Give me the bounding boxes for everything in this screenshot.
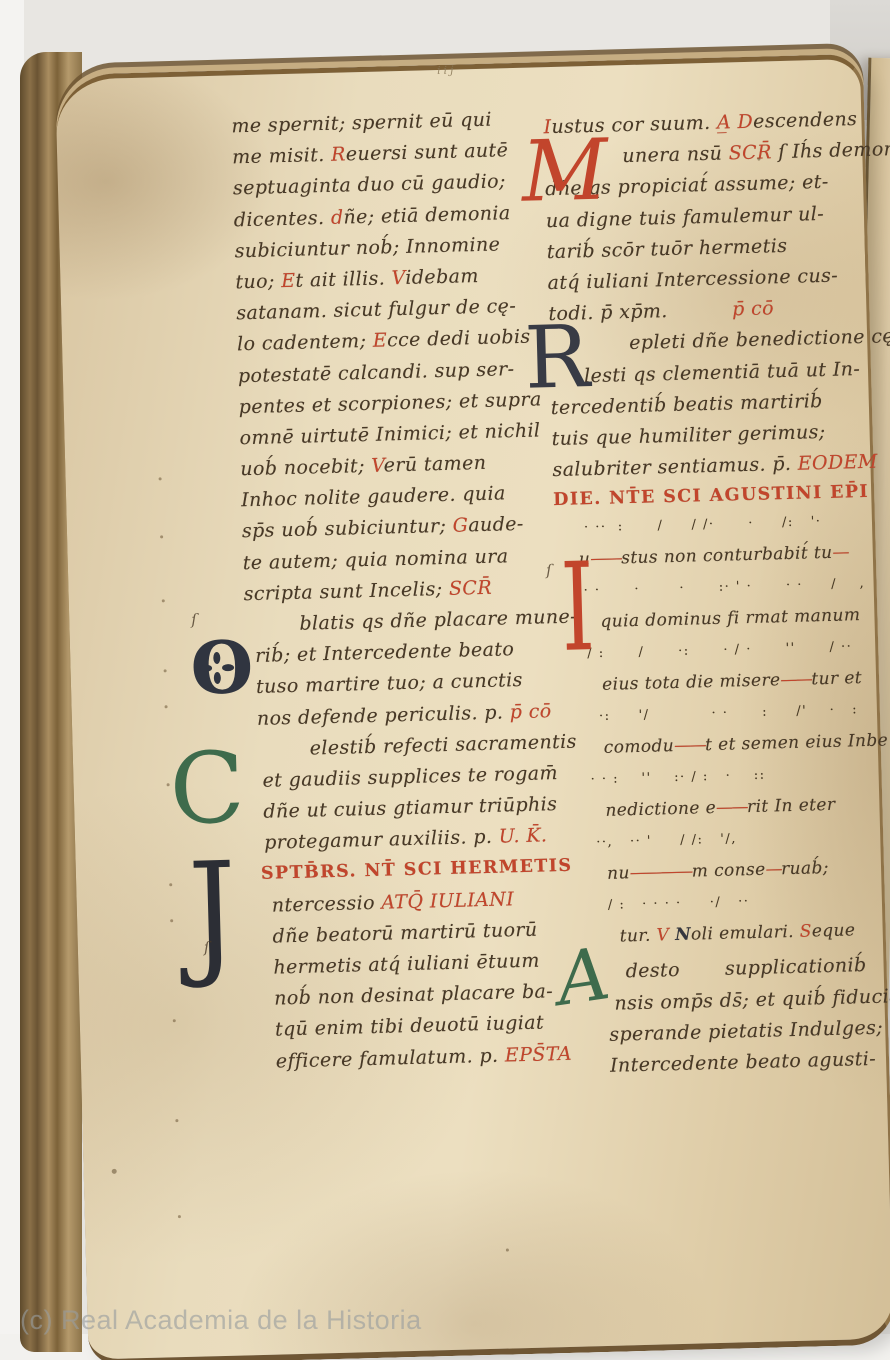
text-segment: p̄ cō (732, 297, 774, 320)
text-segment: ñe; etiā demonia (343, 202, 511, 228)
text-segment: t et semen eius Inbe (705, 731, 888, 756)
pricking-hole (162, 599, 165, 602)
text-segment: —— (590, 549, 622, 570)
left-text-column: me spernit; spernit eū quime misit. Reue… (231, 107, 568, 1082)
manuscript-photo: iij me spernit; spernit eū quime misit. … (0, 0, 890, 1360)
text-segment: desto supplicationib́ (625, 955, 866, 983)
text-segment: me misit. (232, 144, 331, 169)
neume-glyphs: ··, ·· ' / /: '/, (596, 832, 737, 851)
pricking-hole (178, 1215, 181, 1218)
drop-cap-i-tall: J (187, 844, 238, 981)
text-segment: ntercessio (272, 891, 382, 916)
quatrefoil-ornament (204, 656, 231, 683)
text-segment: V (371, 455, 384, 477)
text-segment: nedictione e (605, 798, 716, 821)
margin-mark: ſ (546, 561, 552, 579)
text-segment: scripta sunt Incelis; (243, 578, 449, 605)
pricking-hole (164, 669, 167, 672)
text-segment: —— (716, 798, 748, 819)
text-segment: me spernit; spernit eū qui (231, 109, 492, 138)
text-segment: m conse (692, 860, 766, 882)
text-segment: efficere famulatum. p. (276, 1044, 506, 1072)
text-segment: d (331, 206, 344, 228)
neume-glyphs: / : · · · · ·/ ·· (608, 895, 750, 914)
text-segment: A̲ D (717, 111, 754, 134)
text-segment: euersi sunt autē (346, 139, 509, 165)
pricking-hole (170, 919, 173, 922)
text-segment: aude- (468, 513, 524, 536)
text-segment: dicentes. (234, 206, 332, 231)
stain-speck (112, 1169, 117, 1174)
watermark: (c) Real Academia de la Historia (20, 1305, 422, 1336)
text-segment: et gaudiis supplices te rogam̄ (262, 762, 558, 792)
text-segment: —— (674, 736, 706, 757)
drop-cap-a-green-flourish: A (552, 937, 614, 1016)
text-segment: —— (780, 670, 812, 691)
text-segment: protegamur auxiliis. p. (264, 826, 499, 854)
text-segment: rit In eter (747, 795, 836, 817)
text-segment: E (373, 330, 388, 352)
text-segment: rib́; et Intercedente beato (255, 638, 515, 667)
text-line: Intercedente beato agusti- (610, 1047, 890, 1086)
drop-cap-m-red: M (521, 128, 609, 214)
text-segment: nu (607, 864, 630, 885)
text-segment: eius tota die misere (602, 671, 781, 696)
text-segment: eque (812, 921, 856, 942)
text-segment: G (452, 515, 468, 537)
text-segment: tur et (811, 669, 862, 690)
text-segment: V (391, 267, 405, 289)
text-segment: SCR̄ (728, 141, 772, 164)
text-segment: erū tamen (383, 452, 486, 477)
neume-glyphs: · · : '' :· / : · :: (590, 768, 765, 788)
text-segment: EPS̄TA (505, 1042, 573, 1066)
drop-cap-i-chant-red: I (560, 546, 596, 669)
text-segment: tuo; (235, 270, 281, 293)
manuscript-page: iij me spernit; spernit eū quime misit. … (55, 54, 890, 1360)
text-segment: EODEM (797, 451, 878, 475)
text-segment: V (656, 926, 675, 946)
text-segment: ſ Ih́s demonat. (771, 138, 890, 164)
text-segment: — (832, 543, 848, 563)
text-segment: lo cadentem; (237, 330, 373, 356)
text-segment: ruab́; (781, 858, 829, 879)
text-segment: unera nsū (622, 143, 729, 168)
text-segment: lesti qs clementiā tuā ut In- (584, 358, 861, 387)
text-segment: E (281, 270, 296, 292)
pricking-hole (169, 883, 172, 886)
stain-speck (506, 1249, 509, 1252)
text-segment: oli emulari. (691, 922, 800, 945)
text-segment: t ait illis. (295, 267, 392, 292)
pricking-hole (167, 783, 170, 786)
text-segment: ATQ̄ IULIANI (381, 888, 514, 913)
text-segment: sp̄s uob́ subiciuntur; (242, 515, 453, 543)
text-segment: N (675, 925, 691, 945)
text-segment: stus non conturbabit́ tu (621, 543, 833, 569)
pricking-hole (175, 1119, 178, 1122)
text-segment: comodu (604, 736, 675, 758)
text-line: efficere famulatum. p. EPS̄TA (276, 1043, 569, 1082)
text-segment: idebam (405, 265, 479, 289)
text-segment: p̄ cō (509, 700, 551, 723)
stain-speck (757, 158, 760, 161)
text-segment: SCR̄ (449, 577, 493, 600)
pricking-hole (165, 705, 168, 708)
pricking-hole (159, 477, 162, 480)
drop-cap-c-green: C (168, 739, 246, 839)
text-segment: tur. (619, 926, 656, 947)
drop-cap-r-dark: R (523, 314, 590, 402)
pricking-hole (173, 1019, 176, 1022)
text-segment: escendens (753, 108, 858, 133)
margin-mark: ſ (204, 938, 210, 956)
text-segment: U. K̄. (498, 825, 547, 848)
drop-cap-o: O (190, 631, 255, 705)
margin-mark: ſ (191, 610, 197, 628)
text-segment: ———— (630, 862, 693, 884)
text-segment: cce dedi uobis (387, 326, 531, 352)
text-segment: S (800, 922, 813, 942)
text-segment: R (331, 144, 346, 166)
pricking-hole (160, 535, 163, 538)
folio-number: iij (437, 63, 457, 77)
text-segment: uob́ nocebit; (240, 455, 371, 480)
text-segment: — (765, 860, 781, 880)
